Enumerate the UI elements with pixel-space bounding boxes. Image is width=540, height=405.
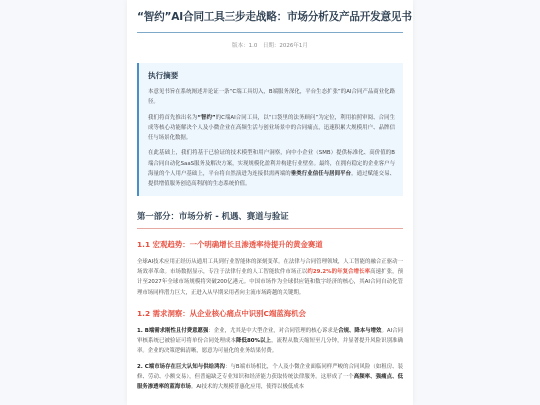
executive-summary-box: 执行摘要 本意见书旨在系统阐述并论证一条“C端工具切入，B端服务深化，平台生态扩… — [137, 63, 403, 196]
section-1-1-paragraph: 全球AI技术应用正经历从通用工具到行业智能体的深刻变革。在法律与合同管理领域，人… — [137, 257, 403, 298]
document-meta: 版本：1.0 日期：2026年1月 — [137, 41, 403, 49]
cagr-highlight: 约29.2%的年复合增长率 — [307, 269, 370, 275]
summary-paragraph-3: 在此基础上，我们将基于已验证的技术模型和用户洞察，向中小企业（SMB）提供标准化… — [148, 148, 395, 189]
text: 。AI技术的大规模普惠化应用，使得以极低成本 — [191, 384, 304, 390]
part-1-title: 第一部分：市场分析 - 机遇、赛道与验证 — [137, 210, 403, 229]
summary-paragraph-2: 我们将首先推出名为“智约”的C端AI合同工具，以“口袋里的法务顾问”为定位，利用… — [148, 113, 395, 144]
document-title: “智约”AI合同工具三步走战略：市场分析及产品开发意见书 — [137, 0, 403, 33]
emphasis: 垂类行业信任与居间平台 — [291, 171, 351, 177]
emphasis: 降低80%以上 — [236, 338, 271, 344]
product-name: “智约” — [197, 115, 215, 121]
text: 我们将首先推出名为 — [148, 115, 197, 121]
item-label: 2. C端市场存在巨大认知与供给鸿沟 — [137, 364, 225, 370]
section-1-1-title: 1.1 宏观趋势：一个明确增长且渗透率待提升的黄金赛道 — [137, 239, 403, 250]
section-1-2-item-2: 2. C端市场存在巨大认知与供给鸿沟：与B端市场相比，个人及小微企业面临同样严峻… — [137, 362, 403, 393]
emphasis: 合规、降本与增效 — [338, 328, 381, 334]
section-1-2-item-1: 1. B端需求刚性且付费意愿强：企业，尤其是中大型企业，对合同管理的核心诉求是合… — [137, 326, 403, 357]
summary-paragraph-1: 本意见书旨在系统阐述并论证一条“C端工具切入，B端服务深化，平台生态扩张”的AI… — [148, 87, 395, 108]
item-label: 1. B端需求刚性且付费意愿强 — [137, 328, 208, 334]
section-1-2-title: 1.2 需求洞察：从企业核心痛点中识别C端蓝海机会 — [137, 308, 403, 319]
document-page: “智约”AI合同工具三步走战略：市场分析及产品开发意见书 版本：1.0 日期：2… — [127, 0, 413, 405]
text: ：企业，尤其是中大型企业，对合同管理的核心诉求是 — [208, 328, 338, 334]
summary-heading: 执行摘要 — [148, 70, 395, 81]
